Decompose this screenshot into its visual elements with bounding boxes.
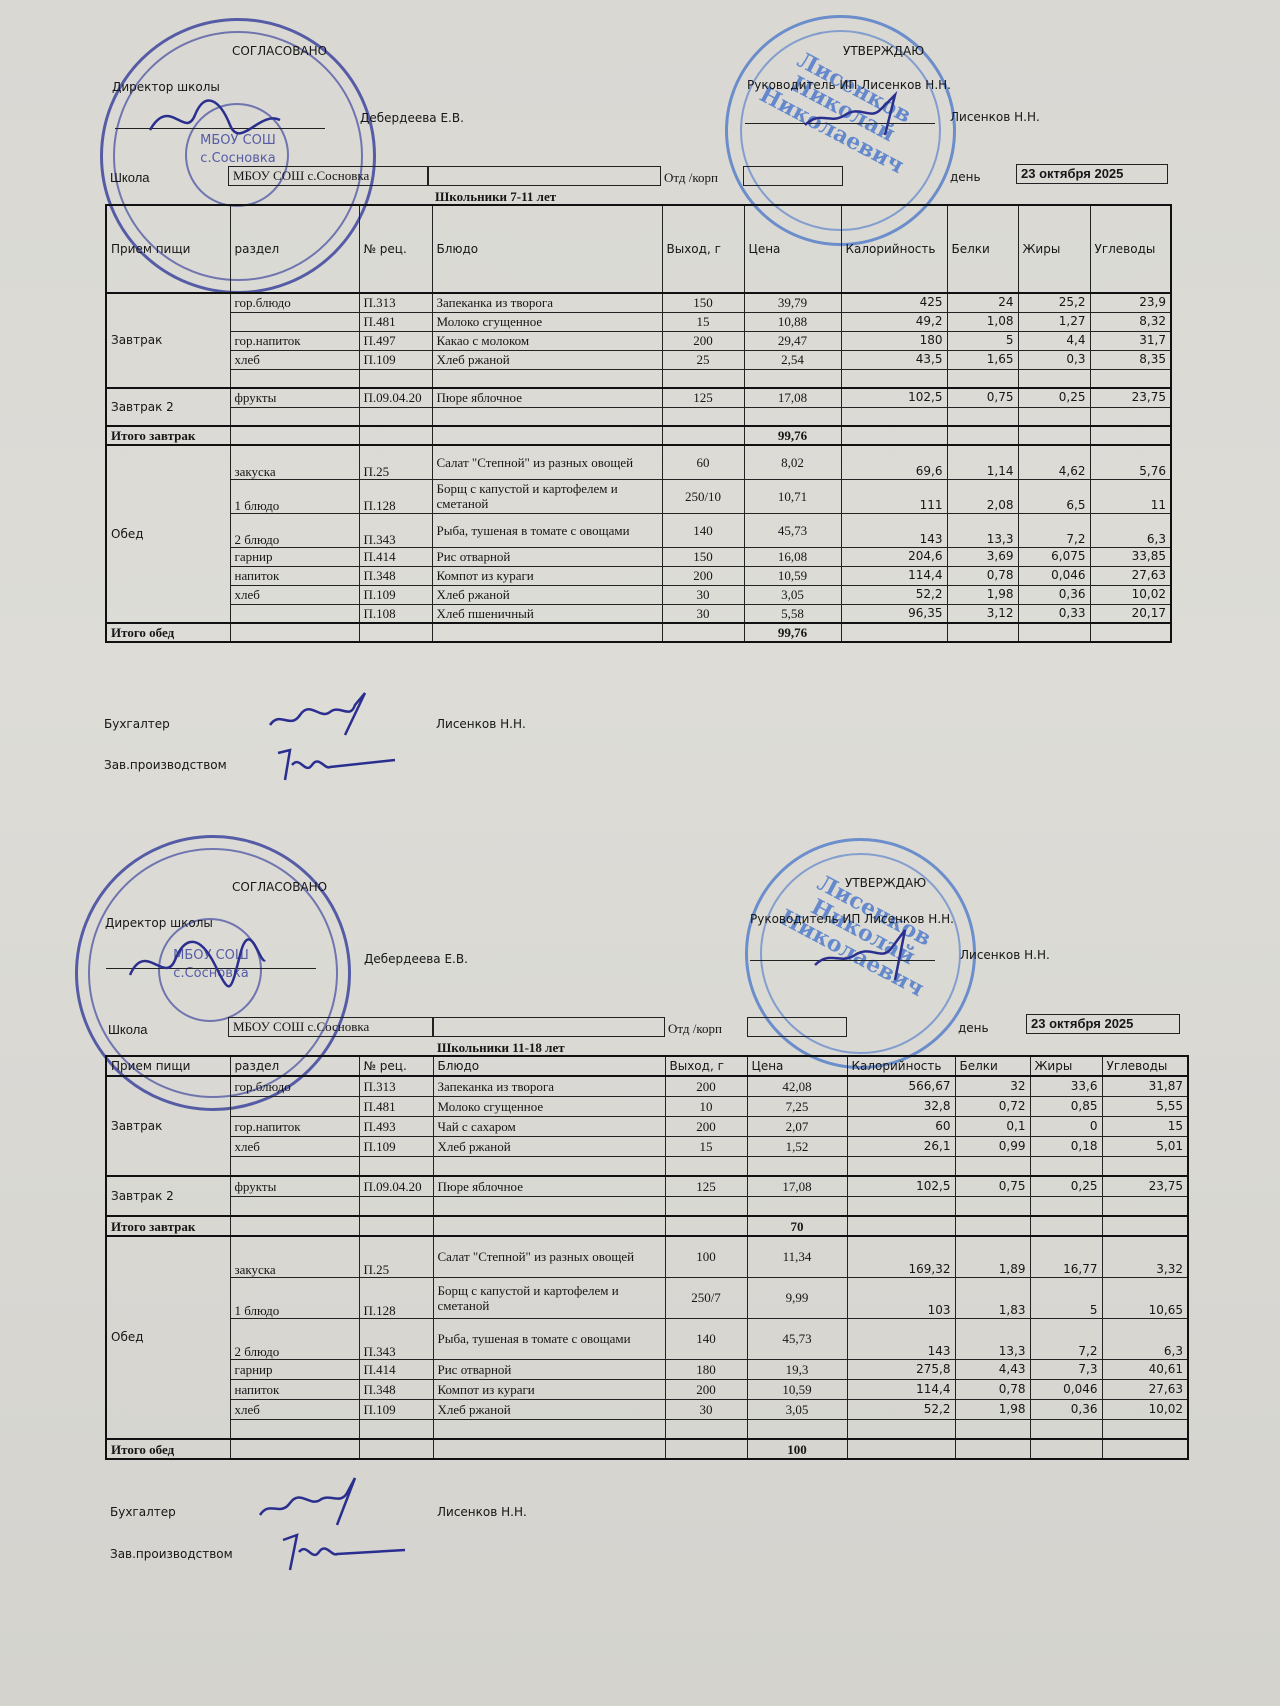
total-row: Итого завтрак70 [106, 1216, 1188, 1236]
dish-cell: Молоко сгущенное [433, 1096, 665, 1116]
yield-cell: 140 [665, 1318, 747, 1359]
fat-cell: 4,4 [1018, 331, 1090, 350]
age-group-title: Школьники 11-18 лет [437, 1040, 565, 1056]
menu-table: Прием пищираздел№ рец.БлюдоВыход, гЦенаК… [105, 204, 1172, 643]
recipe-cell: П.348 [359, 1379, 433, 1399]
kcal-cell: 26,1 [847, 1136, 955, 1156]
section-cell: хлеб [230, 1136, 359, 1156]
section-cell: гор.напиток [230, 1116, 359, 1136]
approval-right-title: УТВЕРЖДАЮ [843, 44, 924, 58]
column-header: Цена [747, 1056, 847, 1076]
school-label: Школа [110, 170, 150, 185]
fat-cell: 0,36 [1030, 1399, 1102, 1419]
meal-name: Обед [106, 1236, 230, 1439]
kcal-cell: 143 [847, 1318, 955, 1359]
meal-name: Завтрак 2 [106, 388, 230, 426]
dish-cell: Борщ с капустой и картофелем и сметаной [433, 1277, 665, 1318]
yield-cell: 15 [662, 312, 744, 331]
fat-cell: 0,046 [1030, 1379, 1102, 1399]
total-row: Итого обед100 [106, 1439, 1188, 1459]
price-cell: 39,79 [744, 293, 841, 312]
protein-cell: 24 [947, 293, 1018, 312]
price-cell: 5,58 [744, 604, 841, 623]
table-row: П.481Молоко сгущенное107,2532,80,720,855… [106, 1096, 1188, 1116]
kcal-cell: 69,6 [841, 445, 947, 479]
price-cell: 7,25 [747, 1096, 847, 1116]
accountant-name: Лисенков Н.Н. [436, 717, 526, 731]
empty-row [106, 1156, 1188, 1176]
meal-name: Завтрак [106, 293, 230, 388]
fat-cell: 33,6 [1030, 1076, 1102, 1096]
total-row: Итого завтрак99,76 [106, 426, 1171, 445]
protein-cell: 1,98 [955, 1399, 1030, 1419]
recipe-cell: П.414 [359, 1359, 433, 1379]
price-cell: 3,05 [747, 1399, 847, 1419]
protein-cell: 4,43 [955, 1359, 1030, 1379]
column-header: Белки [955, 1056, 1030, 1076]
kcal-cell: 425 [841, 293, 947, 312]
table-row: Завтрак 2фруктыП.09.04.20Пюре яблочное12… [106, 1176, 1188, 1196]
section-cell: 2 блюдо [230, 513, 359, 547]
carbs-cell: 31,87 [1102, 1076, 1188, 1096]
protein-cell: 1,65 [947, 350, 1018, 369]
protein-cell: 32 [955, 1076, 1030, 1096]
recipe-cell: П.109 [359, 1399, 433, 1419]
approval-right-title: УТВЕРЖДАЮ [845, 876, 926, 890]
protein-cell: 2,08 [947, 479, 1018, 513]
age-group-title: Школьники 7-11 лет [435, 189, 556, 205]
section-cell: гарнир [230, 1359, 359, 1379]
approval-right-role: Руководитель ИП Лисенков Н.Н. [750, 912, 954, 926]
approval-left-role: Директор школы [112, 80, 220, 94]
price-cell: 2,54 [744, 350, 841, 369]
carbs-cell: 10,02 [1102, 1399, 1188, 1419]
fat-cell: 0,33 [1018, 604, 1090, 623]
dish-cell: Компот из кураги [432, 566, 662, 585]
carbs-cell: 23,75 [1102, 1176, 1188, 1196]
column-header: раздел [230, 205, 359, 293]
table-row: ОбедзакускаП.25Салат "Степной" из разных… [106, 1236, 1188, 1277]
recipe-cell: П.493 [359, 1116, 433, 1136]
protein-cell: 5 [947, 331, 1018, 350]
protein-cell: 3,69 [947, 547, 1018, 566]
fat-cell: 7,2 [1030, 1318, 1102, 1359]
yield-cell: 200 [662, 331, 744, 350]
yield-cell: 150 [662, 547, 744, 566]
table-row: Завтракгор.блюдоП.313Запеканка из творог… [106, 1076, 1188, 1096]
meal-name: Обед [106, 445, 230, 623]
table-row: хлебП.109Хлеб ржаной151,5226,10,990,185,… [106, 1136, 1188, 1156]
dish-cell: Рис отварной [433, 1359, 665, 1379]
recipe-cell: П.25 [359, 445, 432, 479]
column-header: Выход, г [665, 1056, 747, 1076]
section-cell: гарнир [230, 547, 359, 566]
school-field-extra [428, 166, 661, 186]
ip-signature [810, 925, 920, 985]
approval-left-role: Директор школы [105, 916, 213, 930]
column-header: Белки [947, 205, 1018, 293]
price-cell: 10,59 [747, 1379, 847, 1399]
empty-row [106, 1419, 1188, 1439]
recipe-cell: П.109 [359, 1136, 433, 1156]
total-label: Итого завтрак [106, 1216, 230, 1236]
column-header: Углеводы [1090, 205, 1171, 293]
price-cell: 42,08 [747, 1076, 847, 1096]
price-cell: 45,73 [747, 1318, 847, 1359]
day-label: день [950, 170, 981, 184]
carbs-cell: 10,02 [1090, 585, 1171, 604]
fat-cell: 0,85 [1030, 1096, 1102, 1116]
fat-cell: 4,62 [1018, 445, 1090, 479]
yield-cell: 60 [662, 445, 744, 479]
total-row: Итого обед99,76 [106, 623, 1171, 642]
yield-cell: 200 [665, 1076, 747, 1096]
protein-cell: 1,98 [947, 585, 1018, 604]
dept-field [747, 1017, 847, 1037]
price-cell: 19,3 [747, 1359, 847, 1379]
production-signature [270, 745, 400, 785]
signature-line [115, 128, 325, 129]
recipe-cell: П.09.04.20 [359, 388, 432, 407]
column-header: Калорийность [847, 1056, 955, 1076]
price-cell: 45,73 [744, 513, 841, 547]
table-row: гарнирП.414Рис отварной15016,08204,63,69… [106, 547, 1171, 566]
table-row: напитокП.348Компот из кураги20010,59114,… [106, 1379, 1188, 1399]
table-row: П.108Хлеб пшеничный305,5896,353,120,3320… [106, 604, 1171, 623]
yield-cell: 250/7 [665, 1277, 747, 1318]
price-cell: 9,99 [747, 1277, 847, 1318]
kcal-cell: 114,4 [847, 1379, 955, 1399]
kcal-cell: 204,6 [841, 547, 947, 566]
accountant-signature [265, 690, 375, 740]
carbs-cell: 27,63 [1102, 1379, 1188, 1399]
production-label: Зав.производством [110, 1547, 233, 1561]
column-header: Жиры [1018, 205, 1090, 293]
yield-cell: 150 [662, 293, 744, 312]
table-row: Завтрак 2фруктыП.09.04.20Пюре яблочное12… [106, 388, 1171, 407]
approval-left-title: СОГЛАСОВАНО [232, 44, 327, 58]
recipe-cell: П.09.04.20 [359, 1176, 433, 1196]
section-cell: гор.блюдо [230, 1076, 359, 1096]
empty-row [106, 369, 1171, 388]
protein-cell: 0,99 [955, 1136, 1030, 1156]
price-cell: 17,08 [747, 1176, 847, 1196]
recipe-cell: П.313 [359, 293, 432, 312]
protein-cell: 0,1 [955, 1116, 1030, 1136]
menu-sheet-11-18: МБОУ СОШ с.Сосновка ЛисенковНиколайНикол… [0, 850, 1280, 1706]
protein-cell: 1,08 [947, 312, 1018, 331]
fat-cell: 0,18 [1030, 1136, 1102, 1156]
total-price: 99,76 [744, 426, 841, 445]
protein-cell: 3,12 [947, 604, 1018, 623]
dish-cell: Пюре яблочное [433, 1176, 665, 1196]
carbs-cell: 5,55 [1102, 1096, 1188, 1116]
carbs-cell: 6,3 [1090, 513, 1171, 547]
school-label: Школа [108, 1022, 148, 1037]
recipe-cell: П.25 [359, 1236, 433, 1277]
column-header: Блюдо [432, 205, 662, 293]
kcal-cell: 49,2 [841, 312, 947, 331]
carbs-cell: 23,9 [1090, 293, 1171, 312]
meal-name: Завтрак 2 [106, 1176, 230, 1216]
price-cell: 29,47 [744, 331, 841, 350]
carbs-cell: 27,63 [1090, 566, 1171, 585]
carbs-cell: 6,3 [1102, 1318, 1188, 1359]
section-cell: напиток [230, 566, 359, 585]
fat-cell: 0,3 [1018, 350, 1090, 369]
dish-cell: Рыба, тушеная в томате с овощами [433, 1318, 665, 1359]
carbs-cell: 10,65 [1102, 1277, 1188, 1318]
empty-row [106, 1196, 1188, 1216]
ip-signature [800, 90, 910, 140]
dept-label: Отд /корп [664, 170, 718, 186]
fat-cell: 0,25 [1030, 1176, 1102, 1196]
recipe-cell: П.109 [359, 585, 432, 604]
dept-label: Отд /корп [668, 1021, 722, 1037]
fat-cell: 5 [1030, 1277, 1102, 1318]
table-row: Завтракгор.блюдоП.313Запеканка из творог… [106, 293, 1171, 312]
section-cell: хлеб [230, 585, 359, 604]
section-cell: хлеб [230, 350, 359, 369]
price-cell: 8,02 [744, 445, 841, 479]
carbs-cell: 23,75 [1090, 388, 1171, 407]
fat-cell: 0 [1030, 1116, 1102, 1136]
table-row: 2 блюдоП.343Рыба, тушеная в томате с ово… [106, 1318, 1188, 1359]
carbs-cell: 8,32 [1090, 312, 1171, 331]
production-label: Зав.производством [104, 758, 227, 772]
approval-right-name: Лисенков Н.Н. [950, 110, 1040, 124]
dish-cell: Хлеб ржаной [433, 1136, 665, 1156]
table-row: гор.напитокП.493Чай с сахаром2002,07600,… [106, 1116, 1188, 1136]
protein-cell: 1,83 [955, 1277, 1030, 1318]
yield-cell: 100 [665, 1236, 747, 1277]
price-cell: 2,07 [747, 1116, 847, 1136]
kcal-cell: 52,2 [841, 585, 947, 604]
protein-cell: 13,3 [947, 513, 1018, 547]
carbs-cell: 40,61 [1102, 1359, 1188, 1379]
school-field-extra [433, 1017, 665, 1037]
protein-cell: 0,75 [947, 388, 1018, 407]
recipe-cell: П.128 [359, 1277, 433, 1318]
fat-cell: 25,2 [1018, 293, 1090, 312]
price-cell: 10,59 [744, 566, 841, 585]
fat-cell: 0,046 [1018, 566, 1090, 585]
recipe-cell: П.128 [359, 479, 432, 513]
section-cell: закуска [230, 1236, 359, 1277]
section-cell: 1 блюдо [230, 479, 359, 513]
section-cell [230, 604, 359, 623]
price-cell: 16,08 [744, 547, 841, 566]
table-header: Прием пищираздел№ рец.БлюдоВыход, гЦенаК… [106, 205, 1171, 293]
fat-cell: 0,36 [1018, 585, 1090, 604]
yield-cell: 200 [662, 566, 744, 585]
school-field: МБОУ СОШ с.Сосновка [228, 1017, 433, 1037]
column-header: Прием пищи [106, 205, 230, 293]
recipe-cell: П.414 [359, 547, 432, 566]
dish-cell: Хлеб пшеничный [432, 604, 662, 623]
carbs-cell: 15 [1102, 1116, 1188, 1136]
approval-left-title: СОГЛАСОВАНО [232, 880, 327, 894]
dish-cell: Салат "Степной" из разных овощей [432, 445, 662, 479]
yield-cell: 200 [665, 1116, 747, 1136]
table-row: 1 блюдоП.128Борщ с капустой и картофелем… [106, 479, 1171, 513]
dish-cell: Хлеб ржаной [433, 1399, 665, 1419]
section-cell: 1 блюдо [230, 1277, 359, 1318]
kcal-cell: 275,8 [847, 1359, 955, 1379]
yield-cell: 15 [665, 1136, 747, 1156]
kcal-cell: 52,2 [847, 1399, 955, 1419]
section-cell: хлеб [230, 1399, 359, 1419]
table-row: П.481Молоко сгущенное1510,8849,21,081,27… [106, 312, 1171, 331]
table-row: хлебП.109Хлеб ржаной303,0552,21,980,3610… [106, 585, 1171, 604]
fat-cell: 6,5 [1018, 479, 1090, 513]
section-cell [230, 1096, 359, 1116]
dish-cell: Чай с сахаром [433, 1116, 665, 1136]
protein-cell: 1,89 [955, 1236, 1030, 1277]
protein-cell: 0,75 [955, 1176, 1030, 1196]
menu-sheet-7-11: МБОУ СОШ с.Сосновка ЛисенковНиколайНикол… [0, 0, 1280, 850]
column-header: Выход, г [662, 205, 744, 293]
dish-cell: Хлеб ржаной [432, 585, 662, 604]
price-cell: 11,34 [747, 1236, 847, 1277]
total-label: Итого обед [106, 1439, 230, 1459]
day-field: 23 октября 2025 [1026, 1014, 1180, 1034]
carbs-cell: 20,17 [1090, 604, 1171, 623]
yield-cell: 125 [662, 388, 744, 407]
day-label: день [958, 1021, 989, 1035]
column-header: Блюдо [433, 1056, 665, 1076]
dish-cell: Рыба, тушеная в томате с овощами [432, 513, 662, 547]
section-cell [230, 312, 359, 331]
carbs-cell: 5,01 [1102, 1136, 1188, 1156]
column-header: Углеводы [1102, 1056, 1188, 1076]
yield-cell: 200 [665, 1379, 747, 1399]
table-row: хлебП.109Хлеб ржаной252,5443,51,650,38,3… [106, 350, 1171, 369]
fat-cell: 7,3 [1030, 1359, 1102, 1379]
table-row: гор.напитокП.497Какао с молоком20029,471… [106, 331, 1171, 350]
yield-cell: 140 [662, 513, 744, 547]
dish-cell: Молоко сгущенное [432, 312, 662, 331]
kcal-cell: 96,35 [841, 604, 947, 623]
kcal-cell: 566,67 [847, 1076, 955, 1096]
section-cell: фрукты [230, 1176, 359, 1196]
production-signature [275, 1530, 410, 1575]
table-row: хлебП.109Хлеб ржаной303,0552,21,980,3610… [106, 1399, 1188, 1419]
column-header: Жиры [1030, 1056, 1102, 1076]
kcal-cell: 43,5 [841, 350, 947, 369]
dish-cell: Хлеб ржаной [432, 350, 662, 369]
recipe-cell: П.481 [359, 1096, 433, 1116]
kcal-cell: 102,5 [847, 1176, 955, 1196]
day-field: 23 октября 2025 [1016, 164, 1168, 184]
approval-right-role: Руководитель ИП Лисенков Н.Н. [747, 78, 951, 92]
yield-cell: 125 [665, 1176, 747, 1196]
signature-line [745, 123, 935, 124]
yield-cell: 30 [662, 604, 744, 623]
yield-cell: 30 [662, 585, 744, 604]
accountant-name: Лисенков Н.Н. [437, 1505, 527, 1519]
fat-cell: 1,27 [1018, 312, 1090, 331]
carbs-cell: 33,85 [1090, 547, 1171, 566]
total-label: Итого завтрак [106, 426, 230, 445]
fat-cell: 0,25 [1018, 388, 1090, 407]
table-row: 2 блюдоП.343Рыба, тушеная в томате с ово… [106, 513, 1171, 547]
kcal-cell: 60 [847, 1116, 955, 1136]
fat-cell: 7,2 [1018, 513, 1090, 547]
approval-left-name: Дебердеева Е.В. [364, 952, 468, 966]
yield-cell: 180 [665, 1359, 747, 1379]
price-cell: 17,08 [744, 388, 841, 407]
carbs-cell: 5,76 [1090, 445, 1171, 479]
recipe-cell: П.343 [359, 1318, 433, 1359]
column-header: Калорийность [841, 205, 947, 293]
total-price: 99,76 [744, 623, 841, 642]
kcal-cell: 143 [841, 513, 947, 547]
dish-cell: Какао с молоком [432, 331, 662, 350]
recipe-cell: П.343 [359, 513, 432, 547]
accountant-label: Бухгалтер [110, 1505, 176, 1519]
carbs-cell: 11 [1090, 479, 1171, 513]
kcal-cell: 180 [841, 331, 947, 350]
director-signature [140, 90, 290, 150]
recipe-cell: П.108 [359, 604, 432, 623]
recipe-cell: П.313 [359, 1076, 433, 1096]
fat-cell: 6,075 [1018, 547, 1090, 566]
protein-cell: 0,78 [947, 566, 1018, 585]
dish-cell: Борщ с капустой и картофелем и сметаной [432, 479, 662, 513]
table-header: Прием пищираздел№ рец.БлюдоВыход, гЦенаК… [106, 1056, 1188, 1076]
kcal-cell: 32,8 [847, 1096, 955, 1116]
column-header: Прием пищи [106, 1056, 230, 1076]
recipe-cell: П.497 [359, 331, 432, 350]
section-cell: фрукты [230, 388, 359, 407]
column-header: № рец. [359, 1056, 433, 1076]
table-row: ОбедзакускаП.25Салат "Степной" из разных… [106, 445, 1171, 479]
table-row: 1 блюдоП.128Борщ с капустой и картофелем… [106, 1277, 1188, 1318]
price-cell: 10,71 [744, 479, 841, 513]
dish-cell: Пюре яблочное [432, 388, 662, 407]
dept-field [743, 166, 843, 186]
protein-cell: 13,3 [955, 1318, 1030, 1359]
approval-right-name: Лисенков Н.Н. [960, 948, 1050, 962]
column-header: № рец. [359, 205, 432, 293]
recipe-cell: П.109 [359, 350, 432, 369]
section-cell: закуска [230, 445, 359, 479]
section-cell: напиток [230, 1379, 359, 1399]
dish-cell: Запеканка из творога [433, 1076, 665, 1096]
recipe-cell: П.481 [359, 312, 432, 331]
dish-cell: Запеканка из творога [432, 293, 662, 312]
yield-cell: 30 [665, 1399, 747, 1419]
signature-line [106, 968, 316, 969]
column-header: Цена [744, 205, 841, 293]
carbs-cell: 31,7 [1090, 331, 1171, 350]
fat-cell: 16,77 [1030, 1236, 1102, 1277]
price-cell: 10,88 [744, 312, 841, 331]
section-cell: 2 блюдо [230, 1318, 359, 1359]
approval-left-name: Дебердеева Е.В. [360, 111, 464, 125]
accountant-signature [255, 1475, 365, 1530]
kcal-cell: 111 [841, 479, 947, 513]
kcal-cell: 102,5 [841, 388, 947, 407]
yield-cell: 250/10 [662, 479, 744, 513]
dish-cell: Компот из кураги [433, 1379, 665, 1399]
section-cell: гор.блюдо [230, 293, 359, 312]
protein-cell: 0,72 [955, 1096, 1030, 1116]
school-field: МБОУ СОШ с.Сосновка [228, 166, 428, 186]
price-cell: 3,05 [744, 585, 841, 604]
yield-cell: 25 [662, 350, 744, 369]
